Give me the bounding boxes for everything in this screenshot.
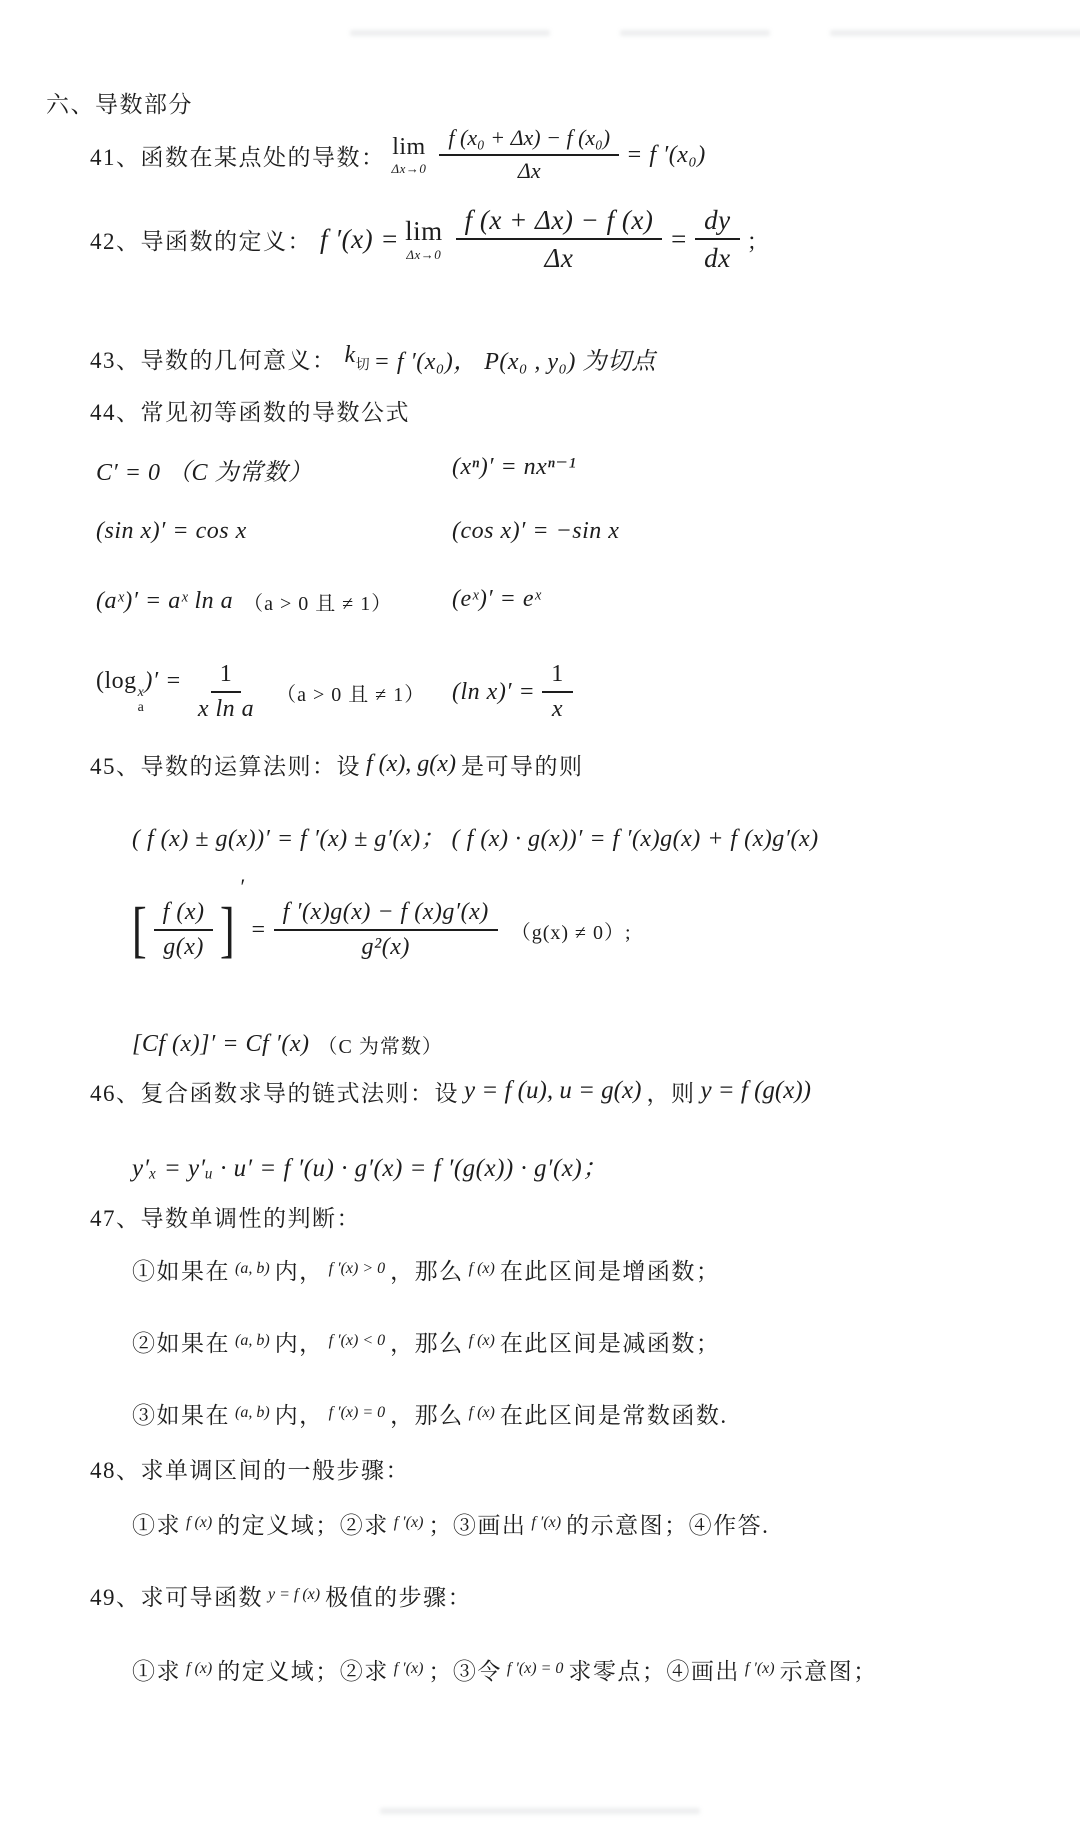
step-text: ①求 bbox=[132, 1653, 181, 1686]
case-text: ②如果在 bbox=[132, 1325, 230, 1358]
formula-constant: C′ = 0 （C 为常数） bbox=[96, 452, 312, 487]
fraction-denominator: g²(x) bbox=[353, 931, 419, 961]
chain-rule-composition: y = f (g(x)) bbox=[700, 1077, 811, 1105]
step-text: ；③令 bbox=[428, 1653, 502, 1686]
item-46: 46、 复合函数求导的链式法则：设 y = f (u), u = g(x) ，则… bbox=[90, 1068, 816, 1114]
item-44: 44、 常见初等函数的导数公式 bbox=[90, 392, 410, 428]
derivative-symbol: f ′(x) bbox=[394, 1514, 424, 1532]
derivative-equation: f ′(x) = 0 bbox=[507, 1660, 564, 1678]
item-46-label-mid: ，则 bbox=[646, 1075, 695, 1108]
item-47-label: 导数单调性的判断： bbox=[141, 1200, 362, 1233]
chain-rule-setup: y = f (u), u = g(x) bbox=[464, 1077, 641, 1105]
item-42-number: 42、 bbox=[90, 223, 141, 256]
item-49: 49、 求可导函数 y = f (x) 极值的步骤： bbox=[90, 1572, 472, 1618]
lim-word: lim bbox=[405, 218, 443, 245]
derivative-condition: f ′(x) = 0 bbox=[329, 1404, 386, 1422]
fraction-numerator: f (x + Δx) − f (x) bbox=[456, 205, 663, 240]
fraction-numerator: f (x) bbox=[154, 899, 214, 931]
derivative-symbol: f ′(x) bbox=[531, 1514, 561, 1532]
fraction-numerator: 1 bbox=[542, 661, 573, 693]
item-42: 42、 导函数的定义： f ′(x) = lim Δx→0 f (x + Δx)… bbox=[90, 196, 771, 282]
dy-dx-fraction: dy dx bbox=[695, 205, 739, 273]
case-text: ，那么 bbox=[390, 1253, 464, 1286]
formula-exponential-e: (eˣ)′ = eˣ bbox=[452, 586, 541, 613]
log-fraction: 1 x ln a bbox=[189, 661, 263, 723]
item-47: 47、 导数单调性的判断： bbox=[90, 1196, 361, 1236]
sum-product-rule: ( f (x) ± g(x))′ = f ′(x) ± g′(x)； ( f (… bbox=[132, 818, 819, 853]
item-44-label: 常见初等函数的导数公式 bbox=[141, 394, 411, 427]
function-symbol: f (x) bbox=[186, 1514, 212, 1532]
fraction-denominator: Δx bbox=[536, 240, 583, 273]
case-text: ，那么 bbox=[390, 1397, 464, 1430]
fraction-numerator: f ′(x)g(x) − f (x)g′(x) bbox=[274, 899, 498, 931]
item-41-number: 41、 bbox=[90, 139, 141, 172]
case-conclusion: 在此区间是减函数； bbox=[500, 1325, 721, 1358]
item-45-functions: f (x), g(x) bbox=[366, 751, 456, 778]
monotonicity-case-3: ③如果在 (a, b) 内， f ′(x) = 0 ，那么 f (x) 在此区间… bbox=[132, 1390, 728, 1436]
item-44-number: 44、 bbox=[90, 394, 141, 427]
left-bracket: [ bbox=[132, 899, 147, 961]
case-text: 内， bbox=[275, 1397, 324, 1430]
item-45: 45、 导数的运算法则：设 f (x), g(x) 是可导的则 bbox=[90, 744, 583, 784]
item-48-number: 48、 bbox=[90, 1452, 141, 1485]
ln-fraction: 1 x bbox=[542, 661, 573, 723]
ln-expression: (ln x)′ = bbox=[452, 679, 535, 706]
lim-subscript: Δx→0 bbox=[392, 162, 427, 175]
formula-ax: (aˣ)′ = aˣ ln a bbox=[96, 588, 233, 615]
step-text: ；③画出 bbox=[428, 1507, 526, 1540]
fraction-denominator: x bbox=[543, 693, 572, 723]
case-text: ③如果在 bbox=[132, 1397, 230, 1430]
difference-quotient-fraction: f (x + Δx) − f (x) Δx bbox=[456, 205, 663, 273]
item-41-label: 函数在某点处的导数： bbox=[141, 139, 386, 172]
quotient-rule: [ f (x) g(x) ] ′ = f ′(x)g(x) − f (x)g′(… bbox=[132, 872, 632, 988]
item-42-label: 导函数的定义： bbox=[141, 223, 313, 256]
case-text: ①如果在 bbox=[132, 1253, 230, 1286]
fraction-denominator: Δx bbox=[509, 156, 550, 184]
formula-power: (xⁿ)′ = nxⁿ⁻¹ bbox=[452, 452, 576, 481]
constant-multiple-formula: [Cf (x)]′ = Cf ′(x) bbox=[132, 1031, 310, 1058]
case-text: 内， bbox=[275, 1253, 324, 1286]
document-page: 六、导数部分 41、 函数在某点处的导数： lim Δx→0 f (x₀ + Δ… bbox=[0, 0, 1080, 1829]
step-text: 的示意图；④作答. bbox=[566, 1507, 769, 1540]
faint-header-text bbox=[620, 30, 770, 36]
right-bracket: ] bbox=[220, 899, 235, 961]
difference-quotient-fraction: f (x₀ + Δx) − f (x₀) Δx bbox=[439, 126, 619, 183]
slope-symbol: k切 bbox=[345, 342, 370, 374]
interval: (a, b) bbox=[235, 1260, 270, 1278]
function-equation: y = f (x) bbox=[268, 1586, 320, 1604]
formula-sin: (sin x)′ = cos x bbox=[96, 518, 247, 545]
item-43-number: 43、 bbox=[90, 342, 141, 375]
constant-multiple-note: （C 为常数） bbox=[318, 1030, 443, 1059]
quotient-lhs-fraction: f (x) g(x) bbox=[154, 899, 214, 961]
section-heading: 六、导数部分 bbox=[46, 86, 193, 119]
item-45-number: 45、 bbox=[90, 748, 141, 781]
slope-subscript: 切 bbox=[356, 358, 370, 373]
formula-exponential-a: (aˣ)′ = aˣ ln a （a > 0 且 ≠ 1） bbox=[96, 578, 392, 624]
step-text: 的定义域；②求 bbox=[217, 1653, 389, 1686]
item-43: 43、 导数的几何意义： k切 = f ′(x₀)， P(x₀ , y₀) 为切… bbox=[90, 338, 656, 378]
item-46-label: 复合函数求导的链式法则：设 bbox=[141, 1075, 460, 1108]
item-42-end: ； bbox=[747, 223, 772, 256]
item-43-formula: = f ′(x₀)， P(x₀ , y₀) 为切点 bbox=[374, 341, 656, 376]
case-text: 内， bbox=[275, 1325, 324, 1358]
equals-sign: = bbox=[669, 224, 688, 255]
item-49-label-end: 极值的步骤： bbox=[325, 1579, 472, 1612]
limit-operator: lim Δx→0 bbox=[405, 218, 443, 261]
monotonicity-case-2: ②如果在 (a, b) 内， f ′(x) < 0 ，那么 f (x) 在此区间… bbox=[132, 1318, 720, 1364]
item-41: 41、 函数在某点处的导数： lim Δx→0 f (x₀ + Δx) − f … bbox=[90, 118, 706, 192]
monotonic-interval-steps: ①求 f (x) 的定义域；②求 f ′(x) ；③画出 f ′(x) 的示意图… bbox=[132, 1500, 769, 1546]
item-49-label: 求可导函数 bbox=[141, 1579, 264, 1612]
interval: (a, b) bbox=[235, 1404, 270, 1422]
item-47-number: 47、 bbox=[90, 1200, 141, 1233]
fraction-denominator: dx bbox=[695, 240, 739, 273]
function-symbol: f (x) bbox=[469, 1404, 495, 1422]
extremum-steps: ①求 f (x) 的定义域；②求 f ′(x) ；③令 f ′(x) = 0 求… bbox=[132, 1646, 878, 1692]
step-text: ①求 bbox=[132, 1507, 181, 1540]
function-symbol: f (x) bbox=[469, 1332, 495, 1350]
lim-subscript: Δx→0 bbox=[406, 248, 441, 261]
item-45-label: 导数的运算法则：设 bbox=[141, 748, 362, 781]
log-expression: (logxa)′ = bbox=[96, 668, 182, 715]
item-48: 48、 求单调区间的一般步骤： bbox=[90, 1448, 410, 1488]
step-text: 求零点；④画出 bbox=[568, 1653, 740, 1686]
item-48-label: 求单调区间的一般步骤： bbox=[141, 1452, 411, 1485]
formula-ln: (ln x)′ = 1 x bbox=[452, 652, 580, 732]
fraction-numerator: dy bbox=[695, 205, 739, 240]
function-symbol: f (x) bbox=[469, 1260, 495, 1278]
derivative-symbol: f ′(x) bbox=[745, 1660, 775, 1678]
formula-ax-condition: （a > 0 且 ≠ 1） bbox=[243, 587, 392, 616]
derivative-condition: f ′(x) < 0 bbox=[329, 1332, 386, 1350]
quotient-rule-condition: （g(x) ≠ 0）; bbox=[511, 916, 632, 945]
item-49-number: 49、 bbox=[90, 1579, 141, 1612]
lim-word: lim bbox=[392, 135, 426, 159]
derivative-condition: f ′(x) > 0 bbox=[329, 1260, 386, 1278]
item-41-result: = f ′(x₀) bbox=[626, 142, 706, 169]
formula-log: (logxa)′ = 1 x ln a （a > 0 且 ≠ 1） bbox=[96, 652, 425, 732]
interval: (a, b) bbox=[235, 1332, 270, 1350]
faint-header-text bbox=[350, 30, 550, 36]
formula-log-condition: （a > 0 且 ≠ 1） bbox=[276, 678, 425, 707]
step-text: 的定义域；②求 bbox=[217, 1507, 389, 1540]
derivative-symbol: f ′(x) bbox=[394, 1660, 424, 1678]
item-43-label: 导数的几何意义： bbox=[141, 342, 337, 375]
chain-rule-formula: y′ₓ = y′ᵤ · u′ = f ′(u) · g′(x) = f ′(g(… bbox=[132, 1148, 608, 1184]
item-46-number: 46、 bbox=[90, 1075, 141, 1108]
function-symbol: f (x) bbox=[186, 1660, 212, 1678]
faint-header-text bbox=[830, 30, 1080, 36]
equals-sign: = bbox=[250, 917, 267, 944]
limit-operator: lim Δx→0 bbox=[392, 135, 427, 175]
quotient-rhs-fraction: f ′(x)g(x) − f (x)g′(x) g²(x) bbox=[274, 899, 498, 961]
constant-multiple-rule: [Cf (x)]′ = Cf ′(x) （C 为常数） bbox=[132, 1016, 443, 1072]
prime-mark: ′ bbox=[239, 874, 244, 900]
fraction-denominator: g(x) bbox=[154, 931, 213, 961]
item-45-label-end: 是可导的则 bbox=[461, 748, 584, 781]
formula-cos: (cos x)′ = −sin x bbox=[452, 518, 619, 545]
fraction-numerator: f (x₀ + Δx) − f (x₀) bbox=[439, 126, 619, 156]
case-conclusion: 在此区间是常数函数. bbox=[500, 1397, 728, 1430]
derivative-lhs: f ′(x) = bbox=[320, 224, 399, 255]
fraction-numerator: 1 bbox=[211, 661, 242, 693]
case-text: ，那么 bbox=[390, 1325, 464, 1358]
faint-footer-text bbox=[380, 1808, 700, 1814]
fraction-denominator: x ln a bbox=[189, 693, 263, 723]
monotonicity-case-1: ①如果在 (a, b) 内， f ′(x) > 0 ，那么 f (x) 在此区间… bbox=[132, 1246, 720, 1292]
case-conclusion: 在此区间是增函数； bbox=[500, 1253, 721, 1286]
step-text: 示意图； bbox=[780, 1653, 878, 1686]
